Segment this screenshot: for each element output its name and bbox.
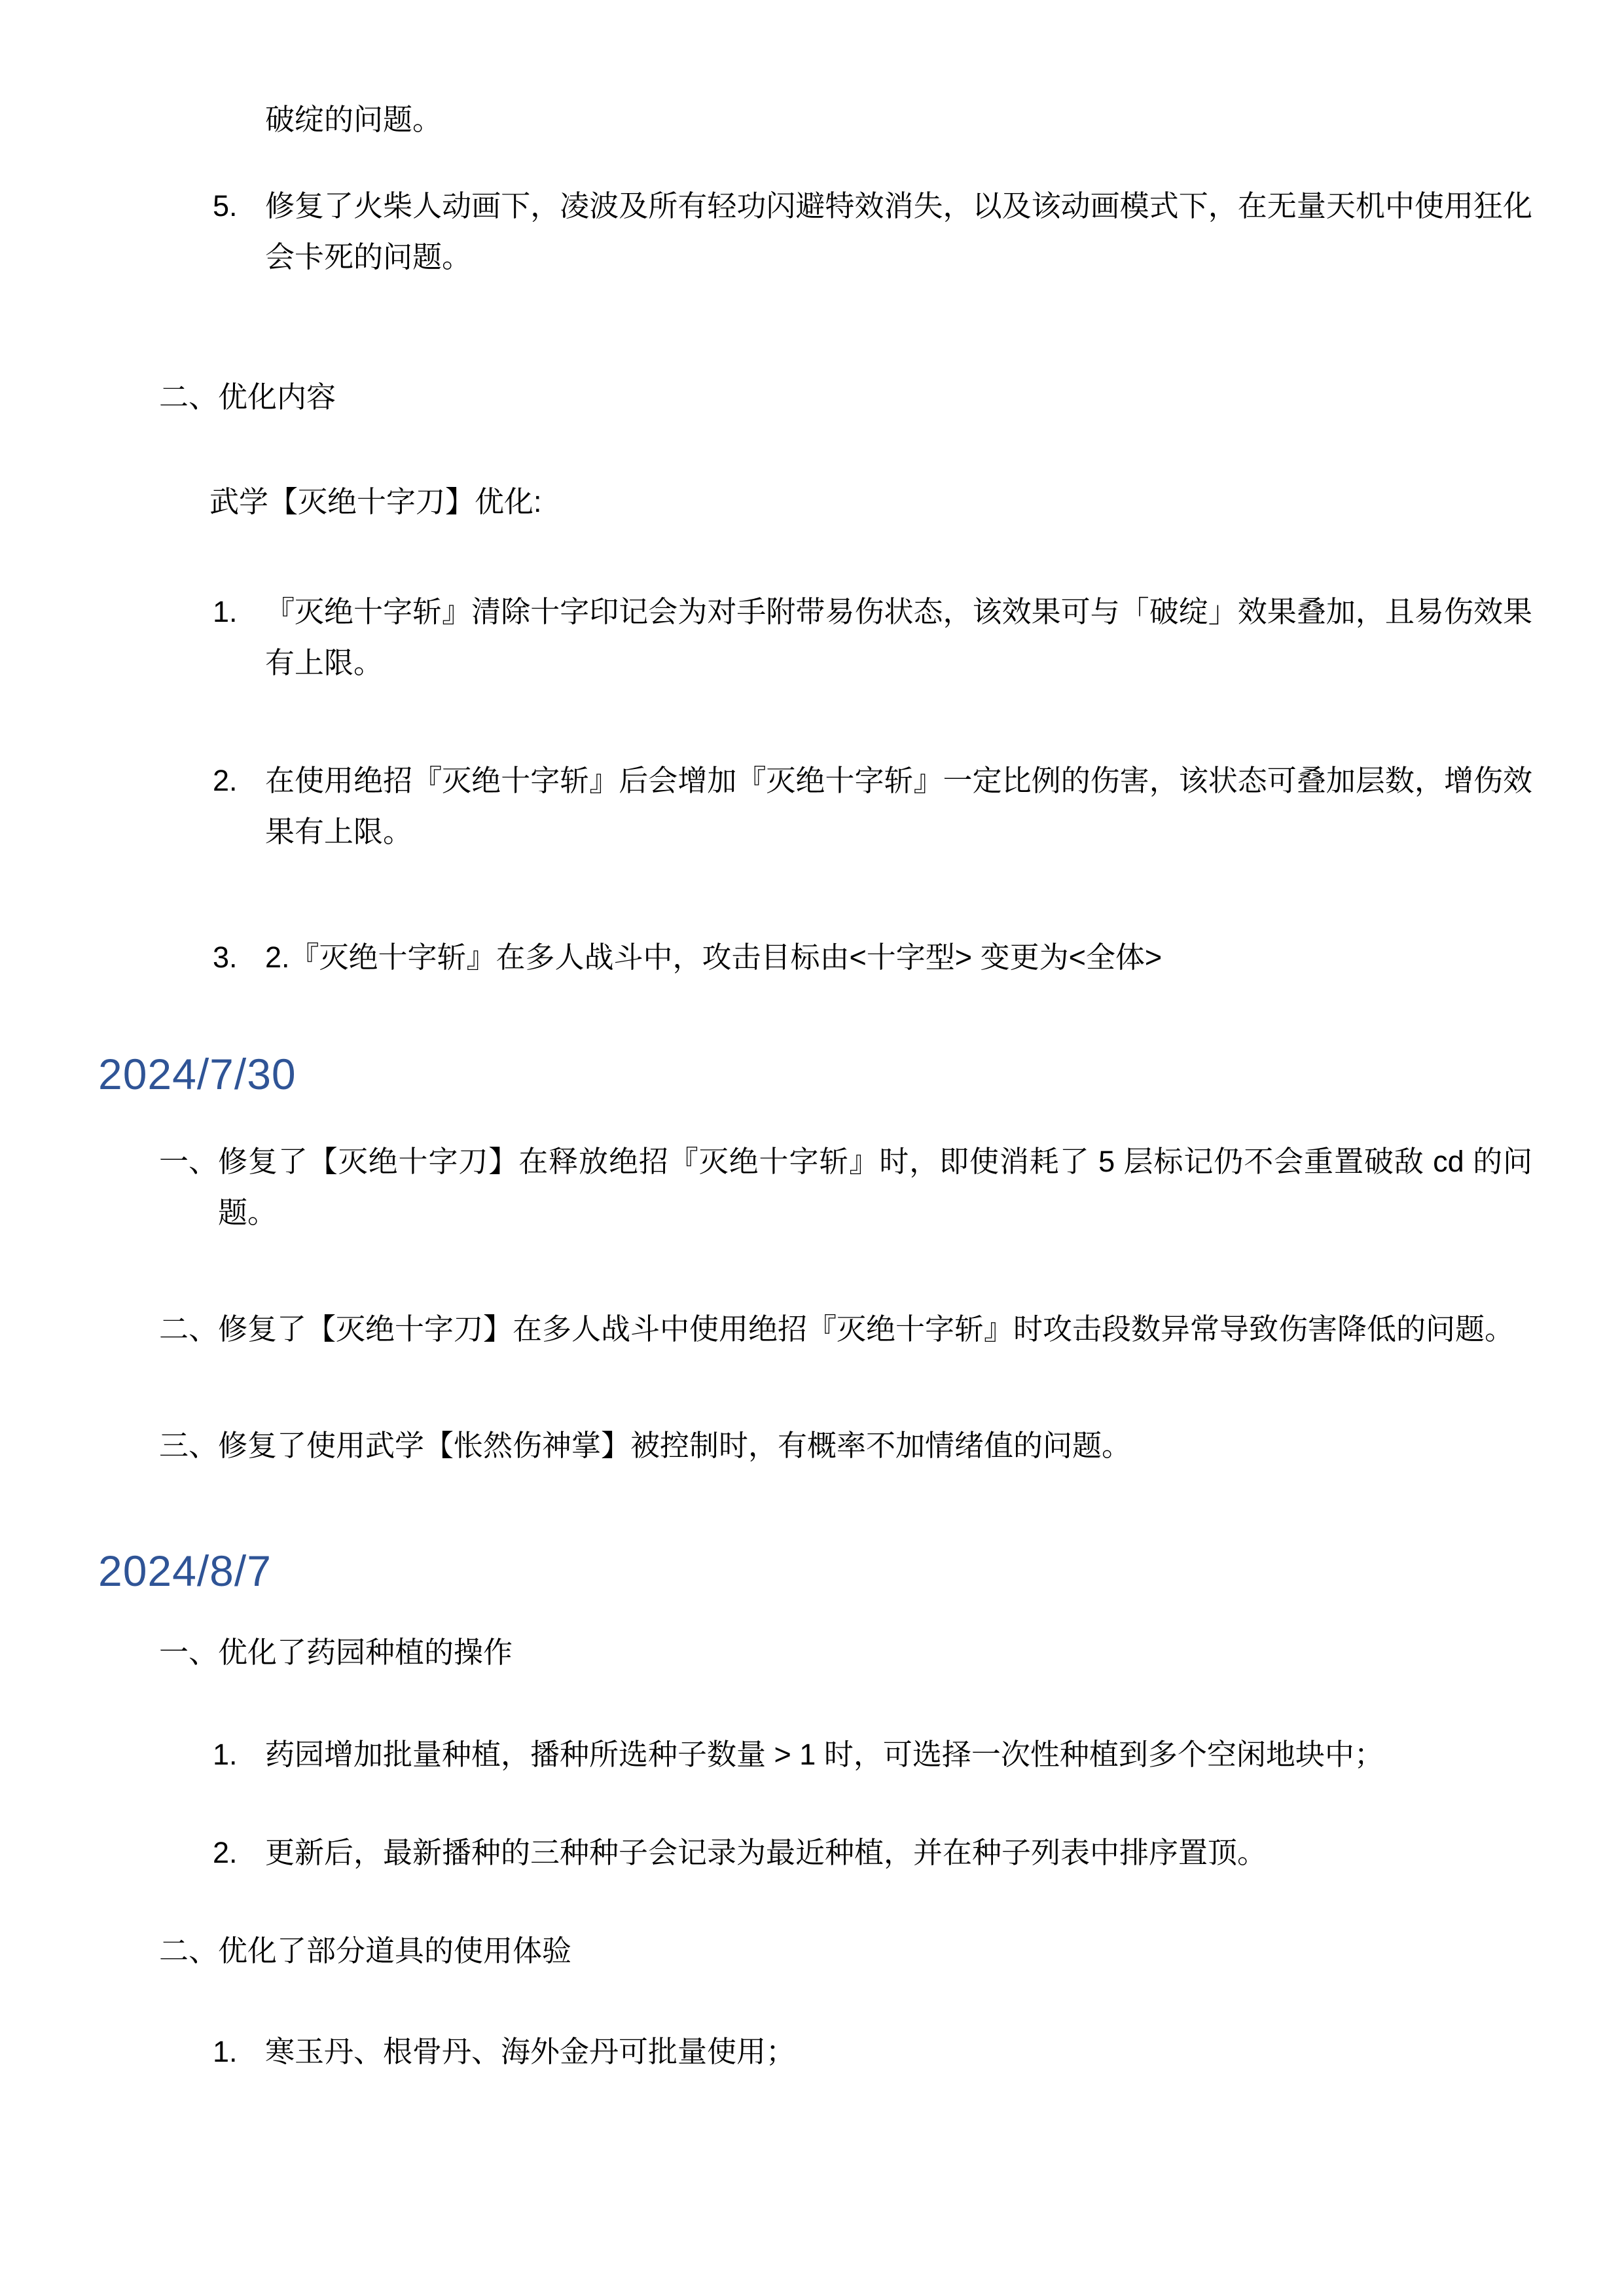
optimize-item-1: 1. 『灭绝十字斩』清除十字印记会为对手附带易伤状态，该效果可与「破绽」效果叠加… (213, 586, 1532, 689)
cn-list-marker: 二、 (159, 1926, 218, 1977)
list-item-text: 更新后，最新播种的三种种子会记录为最近种植，并在种子列表中排序置顶。 (265, 1827, 1532, 1878)
fix-730-item-1: 一、 修复了【灭绝十字刀】在释放绝招『灭绝十字斩』时，即使消耗了 5 层标记仍不… (159, 1136, 1532, 1238)
optimize-item-2: 2. 在使用绝招『灭绝十字斩』后会增加『灭绝十字斩』一定比例的伤害，该状态可叠加… (213, 755, 1532, 857)
list-number: 3. (213, 932, 265, 983)
list-item-text: 优化了药园种植的操作 (218, 1627, 1532, 1678)
cn-list-marker: 三、 (159, 1420, 218, 1471)
list-number: 5. (213, 181, 265, 232)
list-item-text: 寒玉丹、根骨丹、海外金丹可批量使用； (265, 2026, 1532, 2077)
opt-87-item-a1: 1. 药园增加批量种植，播种所选种子数量 > 1 时，可选择一次性种植到多个空闲… (213, 1729, 1532, 1780)
changelog-page: 破绽的问题。 5. 修复了火柴人动画下，凌波及所有轻功闪避特效消失，以及该动画模… (0, 0, 1624, 2296)
list-item-text: 修复了【灭绝十字刀】在释放绝招『灭绝十字斩』时，即使消耗了 5 层标记仍不会重置… (218, 1136, 1532, 1238)
fix-item-4-continuation: 破绽的问题。 (265, 94, 1532, 145)
date-heading-2024-7-30: 2024/7/30 (98, 1045, 1532, 1103)
list-number: 1. (213, 1729, 265, 1780)
cn-list-marker: 一、 (159, 1136, 218, 1187)
opt-87-section-b: 二、 优化了部分道具的使用体验 (159, 1926, 1532, 1977)
list-item-text: 优化了部分道具的使用体验 (218, 1926, 1532, 1977)
section-heading-text: 二、优化内容 (159, 372, 1532, 423)
list-item-text: 2.『灭绝十字斩』在多人战斗中，攻击目标由<十字型> 变更为<全体> (265, 932, 1532, 983)
list-item-text: 药园增加批量种植，播种所选种子数量 > 1 时，可选择一次性种植到多个空闲地块中… (265, 1729, 1532, 1780)
list-number: 2. (213, 1827, 265, 1878)
date-heading-2024-8-7: 2024/8/7 (98, 1541, 1532, 1600)
fix-730-item-2: 二、 修复了【灭绝十字刀】在多人战斗中使用绝招『灭绝十字斩』时攻击段数异常导致伤… (159, 1304, 1532, 1355)
list-item-text: 修复了【灭绝十字刀】在多人战斗中使用绝招『灭绝十字斩』时攻击段数异常导致伤害降低… (218, 1304, 1532, 1355)
opt-87-item-b1: 1. 寒玉丹、根骨丹、海外金丹可批量使用； (213, 2026, 1532, 2077)
cn-list-marker: 一、 (159, 1627, 218, 1678)
list-number: 2. (213, 755, 265, 806)
list-item-text: 『灭绝十字斩』清除十字印记会为对手附带易伤状态，该效果可与「破绽」效果叠加，且易… (265, 586, 1532, 689)
list-item-text: 在使用绝招『灭绝十字斩』后会增加『灭绝十字斩』一定比例的伤害，该状态可叠加层数，… (265, 755, 1532, 857)
optimize-section-heading: 二、优化内容 (159, 372, 1532, 423)
cn-list-marker: 二、 (159, 1304, 218, 1355)
list-item-text: 修复了使用武学【怅然伤神掌】被控制时，有概率不加情绪值的问题。 (218, 1420, 1532, 1471)
opt-87-item-a2: 2. 更新后，最新播种的三种种子会记录为最近种植，并在种子列表中排序置顶。 (213, 1827, 1532, 1878)
optimize-item-3: 3. 2.『灭绝十字斩』在多人战斗中，攻击目标由<十字型> 变更为<全体> (213, 932, 1532, 983)
fix-item-5: 5. 修复了火柴人动画下，凌波及所有轻功闪避特效消失，以及该动画模式下，在无量天… (213, 181, 1532, 283)
list-number: 1. (213, 2026, 265, 2077)
list-item-text: 修复了火柴人动画下，凌波及所有轻功闪避特效消失，以及该动画模式下，在无量天机中使… (265, 181, 1532, 283)
optimize-intro: 武学【灭绝十字刀】优化: (209, 476, 1532, 528)
list-number: 1. (213, 586, 265, 637)
fix-730-item-3: 三、 修复了使用武学【怅然伤神掌】被控制时，有概率不加情绪值的问题。 (159, 1420, 1532, 1471)
opt-87-section-a: 一、 优化了药园种植的操作 (159, 1627, 1532, 1678)
